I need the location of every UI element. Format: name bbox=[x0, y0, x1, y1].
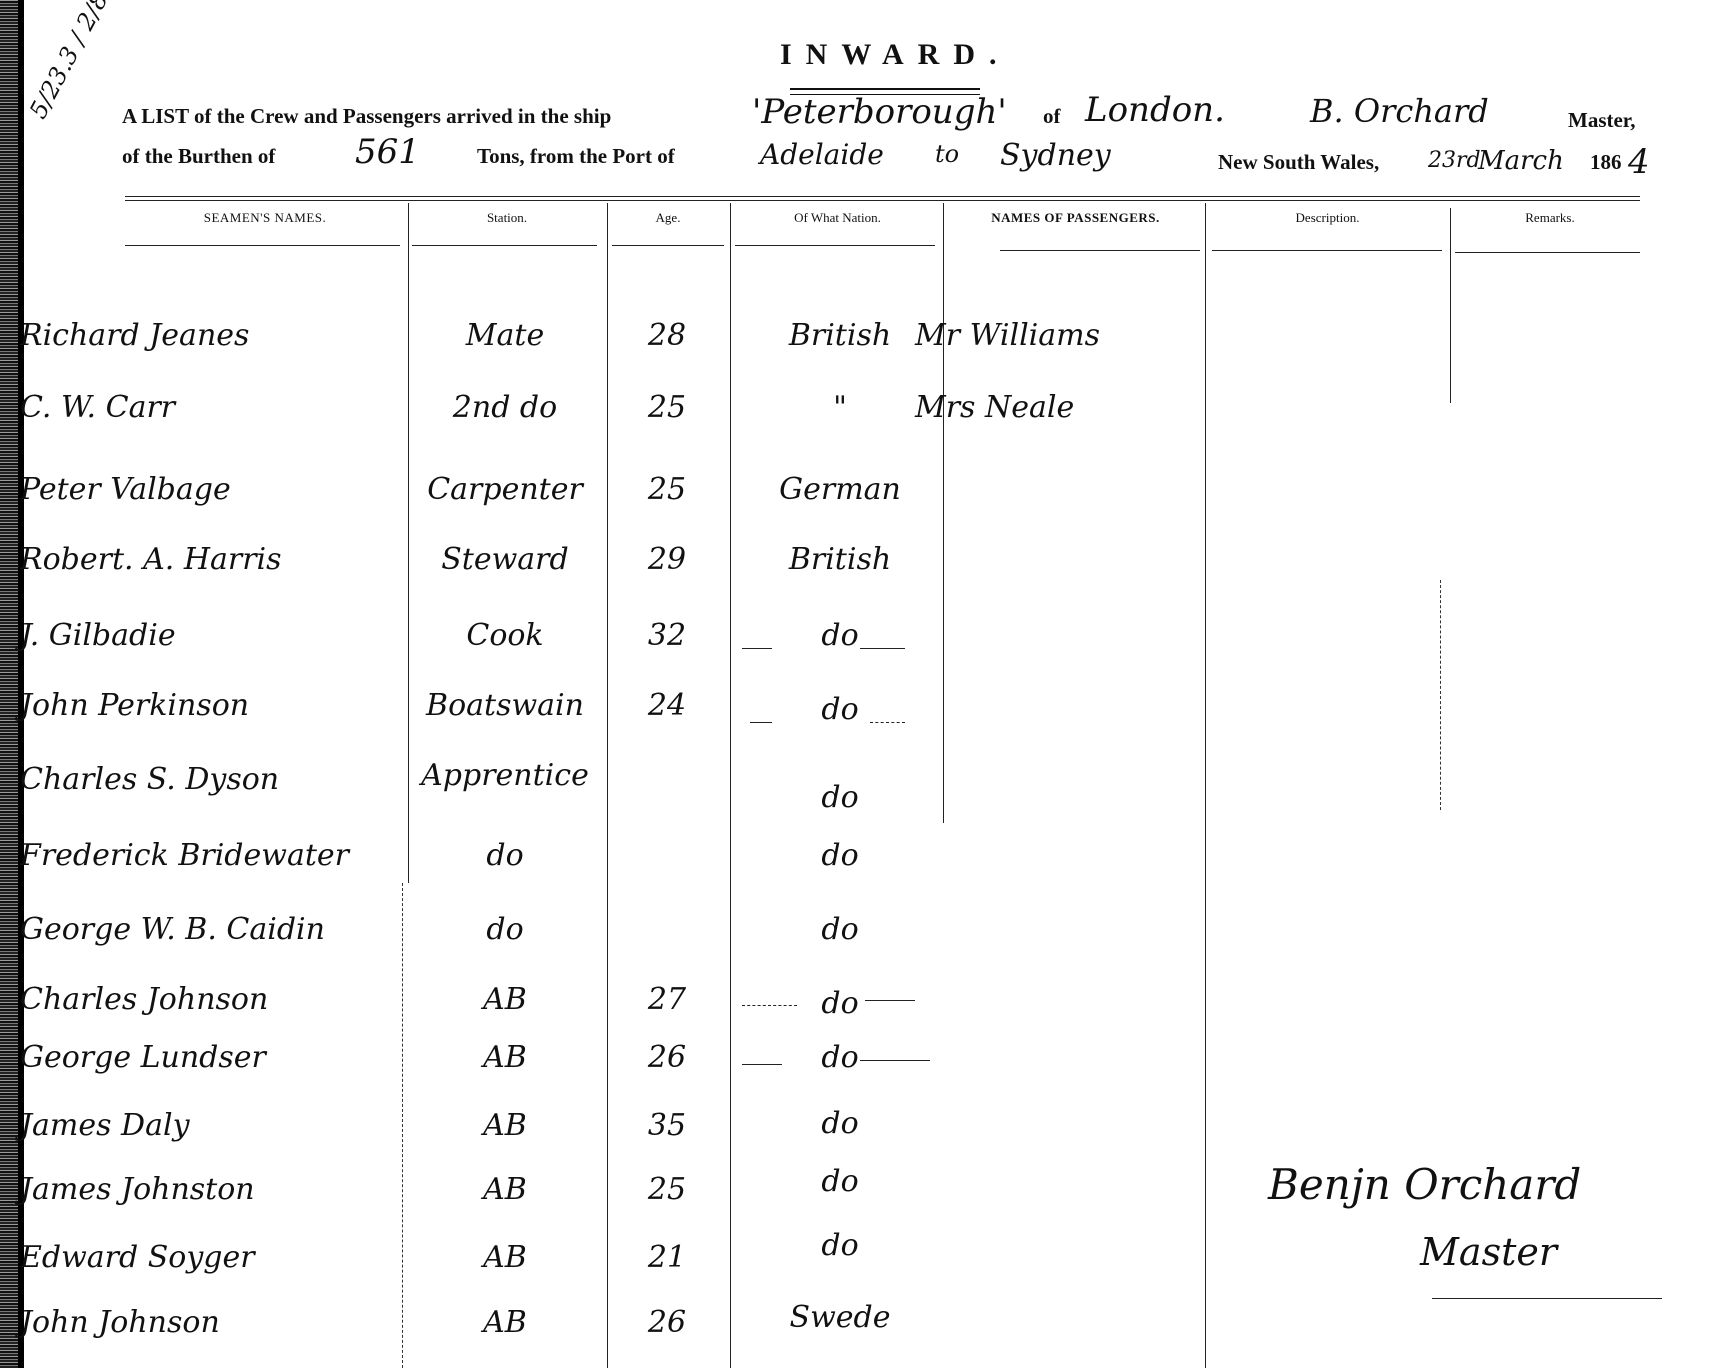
seaman-age: 29 bbox=[612, 542, 722, 577]
seaman-name: George W. B. Caidin bbox=[20, 912, 325, 947]
seaman-nation: do bbox=[735, 1228, 945, 1263]
seaman-name: Charles S. Dyson bbox=[20, 762, 279, 797]
seaman-station: AB bbox=[405, 1040, 605, 1075]
seaman-nation: do bbox=[735, 912, 945, 947]
seaman-station: AB bbox=[405, 1172, 605, 1207]
master-label: Master, bbox=[1568, 108, 1635, 133]
column-header-description: Description. bbox=[1210, 210, 1445, 226]
seaman-name: Richard Jeanes bbox=[20, 318, 249, 353]
seaman-name: Frederick Bridewater bbox=[20, 838, 349, 873]
passenger-name: Mr Williams bbox=[915, 318, 1100, 353]
seaman-nation: do bbox=[735, 1040, 945, 1075]
column-divider-station-age bbox=[607, 203, 608, 1368]
signature-title: Master bbox=[1420, 1230, 1557, 1274]
seaman-station: Mate bbox=[405, 318, 605, 353]
seaman-nation: do bbox=[735, 780, 945, 815]
ditto-dash bbox=[742, 648, 772, 649]
tons-value: 561 bbox=[355, 132, 420, 172]
seaman-name: Robert. A. Harris bbox=[20, 542, 282, 577]
seaman-age: 27 bbox=[612, 982, 722, 1017]
seaman-nation: " bbox=[735, 390, 945, 425]
seaman-nation: British bbox=[735, 318, 945, 353]
seaman-station: AB bbox=[405, 1240, 605, 1275]
column-header-nation: Of What Nation. bbox=[735, 210, 940, 226]
title-underline bbox=[790, 88, 980, 90]
header-underline-station bbox=[412, 245, 597, 246]
master-name: B. Orchard bbox=[1310, 92, 1489, 130]
seaman-name: C. W. Carr bbox=[20, 390, 175, 425]
column-header-station: Station. bbox=[412, 210, 602, 226]
seaman-station: do bbox=[405, 838, 605, 873]
table-top-rule bbox=[125, 196, 1640, 197]
seaman-station: Boatswain bbox=[405, 688, 605, 723]
seaman-name: John Perkinson bbox=[20, 688, 249, 723]
seaman-nation: do bbox=[735, 838, 945, 873]
seaman-station: Apprentice bbox=[405, 758, 605, 793]
ditto-dash bbox=[750, 722, 772, 723]
seaman-age: 32 bbox=[612, 618, 722, 653]
seaman-station: do bbox=[405, 912, 605, 947]
to-label: to bbox=[935, 140, 959, 168]
ditto-dash bbox=[870, 722, 905, 723]
seaman-nation: do bbox=[735, 986, 945, 1021]
ditto-dash bbox=[860, 1060, 930, 1061]
seaman-nation: British bbox=[735, 542, 945, 577]
passenger-name: Mrs Neale bbox=[915, 390, 1074, 425]
column-divider-description-remarks bbox=[1450, 208, 1451, 403]
column-divider-passengers-description bbox=[1205, 203, 1206, 1368]
scan-edge-shadow bbox=[18, 0, 24, 1368]
seaman-nation: German bbox=[735, 472, 945, 507]
seaman-age: 25 bbox=[612, 390, 722, 425]
from-port: Adelaide bbox=[760, 138, 884, 171]
ditto-dash bbox=[742, 1005, 797, 1006]
column-divider-description-remarks-lower bbox=[1440, 580, 1441, 810]
ditto-dash bbox=[742, 1064, 782, 1065]
seaman-name: J. Gilbadie bbox=[20, 618, 176, 653]
header-of-label: of bbox=[1043, 104, 1061, 129]
seaman-name: John Johnson bbox=[20, 1305, 220, 1340]
column-header-seamens-names: SEAMEN'S NAMES. bbox=[130, 210, 400, 226]
column-divider-nation-passengers bbox=[943, 203, 944, 823]
seaman-name: James Daly bbox=[20, 1108, 190, 1143]
seaman-age: 35 bbox=[612, 1108, 722, 1143]
seaman-station: Carpenter bbox=[405, 472, 605, 507]
document-title: INWARD. bbox=[780, 38, 1011, 72]
header-underline-names bbox=[125, 245, 400, 246]
seaman-nation: do bbox=[735, 1106, 945, 1141]
seaman-age: 24 bbox=[612, 688, 722, 723]
burthen-label: of the Burthen of bbox=[122, 144, 275, 169]
ship-name: 'Peterborough' bbox=[752, 92, 1007, 132]
table-top-rule-thin bbox=[125, 200, 1640, 201]
date-month: March bbox=[1478, 146, 1564, 176]
header-underline-remarks bbox=[1455, 252, 1640, 253]
header-underline-nation bbox=[735, 245, 935, 246]
signature-underline bbox=[1432, 1298, 1662, 1299]
header-underline-description bbox=[1212, 250, 1442, 251]
column-header-passengers: NAMES OF PASSENGERS. bbox=[948, 210, 1203, 226]
year-printed: 186 bbox=[1590, 150, 1622, 175]
column-header-age: Age. bbox=[612, 210, 724, 226]
column-header-remarks: Remarks. bbox=[1455, 210, 1645, 226]
seaman-name: George Lundser bbox=[20, 1040, 266, 1075]
seaman-name: Peter Valbage bbox=[20, 472, 231, 507]
header-line1-prefix: A LIST of the Crew and Passengers arrive… bbox=[122, 104, 611, 129]
seaman-age: 26 bbox=[612, 1040, 722, 1075]
seaman-name: Edward Soyger bbox=[20, 1240, 255, 1275]
seaman-age: 25 bbox=[612, 472, 722, 507]
seaman-nation: Swede bbox=[735, 1300, 945, 1335]
seaman-name: James Johnston bbox=[20, 1172, 255, 1207]
reference-note: 5/23.3 / 2/85 bbox=[24, 0, 121, 123]
colony-label: New South Wales, bbox=[1218, 150, 1379, 175]
seaman-age: 28 bbox=[612, 318, 722, 353]
seaman-age: 26 bbox=[612, 1305, 722, 1340]
to-port: Sydney bbox=[1000, 138, 1111, 173]
seaman-name: Charles Johnson bbox=[20, 982, 268, 1017]
signature-name: Benjn Orchard bbox=[1268, 1160, 1581, 1209]
seaman-station: Cook bbox=[405, 618, 605, 653]
seaman-station: Steward bbox=[405, 542, 605, 577]
column-divider-names-station-lower bbox=[402, 883, 403, 1368]
port-of-registry: London. bbox=[1085, 90, 1225, 130]
ditto-dash bbox=[865, 1000, 915, 1001]
seaman-station: AB bbox=[405, 1305, 605, 1340]
seaman-station: AB bbox=[405, 982, 605, 1017]
date-day: 23rd bbox=[1428, 148, 1481, 173]
seaman-station: 2nd do bbox=[405, 390, 605, 425]
seaman-station: AB bbox=[405, 1108, 605, 1143]
year-handwritten: 4 bbox=[1628, 142, 1650, 182]
tons-label: Tons, from the Port of bbox=[477, 144, 675, 169]
seaman-nation: do bbox=[735, 1164, 945, 1199]
ditto-dash bbox=[860, 648, 905, 649]
header-underline-passengers bbox=[1000, 250, 1200, 251]
seaman-age: 25 bbox=[612, 1172, 722, 1207]
column-divider-age-nation bbox=[730, 203, 731, 1368]
seaman-age: 21 bbox=[612, 1240, 722, 1275]
header-underline-age bbox=[612, 245, 724, 246]
